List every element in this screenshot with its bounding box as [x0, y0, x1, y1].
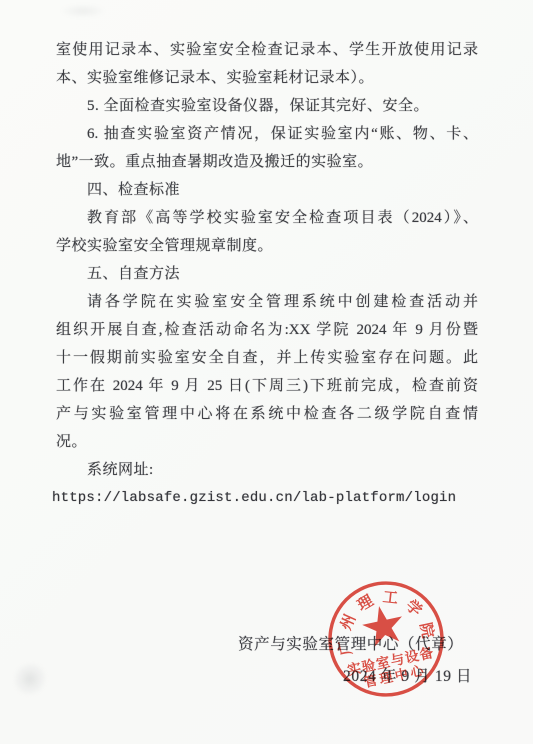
text-line: 况。	[56, 428, 478, 456]
section-heading-4: 四、检查标准	[56, 176, 478, 204]
official-seal: 广 州 理 工 学 院 实验室与设备 管理中心	[316, 569, 456, 709]
text-line: 本、实验室维修记录本、实验室耗材记录本）。	[56, 64, 478, 92]
system-url-text: https://labsafe.gzist.edu.cn/lab-platfor…	[52, 484, 478, 512]
document-body: 室使用记录本、实验室安全检查记录本、学生开放使用记录 本、实验室维修记录本、实验…	[56, 36, 478, 512]
scan-smudge	[5, 654, 54, 703]
seal-ring-char: 理	[355, 592, 377, 615]
section-heading-5: 五、自查方法	[56, 260, 478, 288]
scan-smudge	[60, 4, 106, 18]
text-line: 请各学院在实验室安全管理系统中创建检查活动并	[56, 288, 478, 316]
text-line: 组织开展自查,检查活动命名为:XX 学院 2024 年 9 月份暨	[56, 316, 478, 344]
official-seal-graphic: 广 州 理 工 学 院 实验室与设备 管理中心	[316, 569, 456, 709]
seal-ring-char: 工	[382, 589, 399, 608]
text-line: 工作在 2024 年 9 月 25 日(下周三)下班前完成，检查前资	[56, 372, 478, 400]
text-line: 十一假期前实验室安全自查，并上传实验室存在问题。此	[56, 344, 478, 372]
text-line: 学校实验室安全管理规章制度。	[56, 232, 478, 260]
list-item-5: 5. 全面检查实验室设备仪器，保证其完好、安全。	[56, 92, 478, 120]
list-item-6: 6. 抽查实验室资产情况，保证实验室内“账、物、卡、	[56, 120, 478, 148]
text-line: 地”一致。重点抽查暑期改造及搬迁的实验室。	[56, 148, 478, 176]
text-line: 产与实验室管理中心将在系统中检查各二级学院自查情	[56, 400, 478, 428]
text-line: 教育部《高等学校实验室安全检查项目表（2024）》、	[56, 204, 478, 232]
seal-ring-char: 广	[335, 638, 356, 657]
seal-ring-char: 州	[338, 612, 360, 633]
text-line: 室使用记录本、实验室安全检查记录本、学生开放使用记录	[56, 36, 478, 64]
seal-ring-char: 院	[416, 621, 437, 640]
seal-ring-char: 学	[402, 596, 426, 620]
scanned-document-page: 室使用记录本、实验室安全检查记录本、学生开放使用记录 本、实验室维修记录本、实验…	[0, 0, 533, 744]
system-url-label: 系统网址:	[56, 456, 478, 484]
